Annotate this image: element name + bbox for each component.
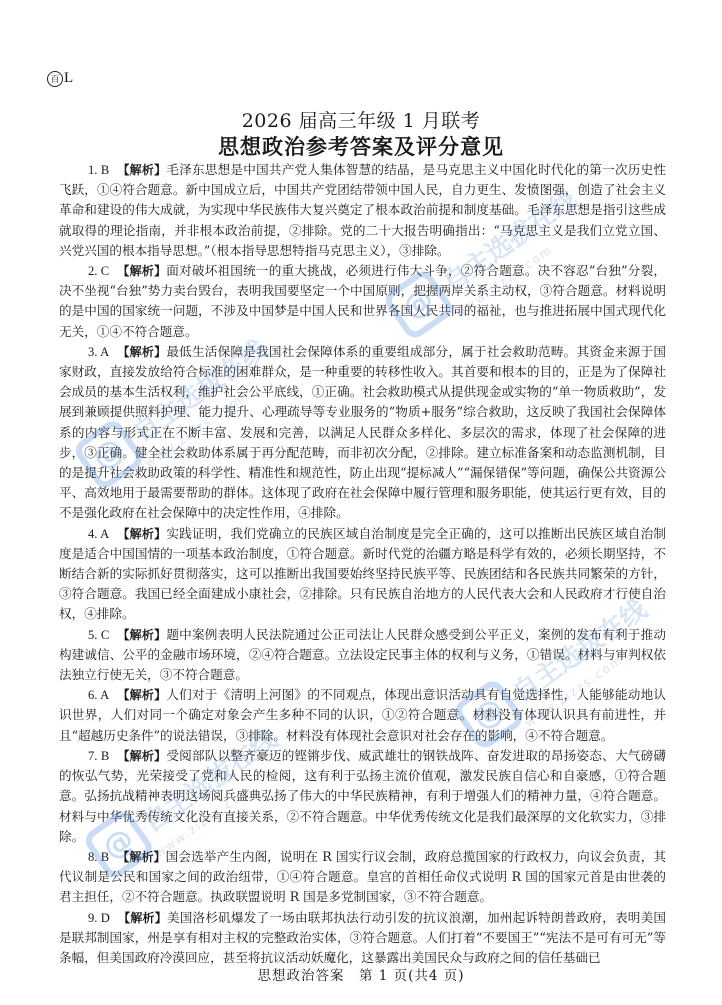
question-number: 2. C	[88, 264, 109, 278]
answer-item: 6. A【解析】人们对于《清明上河图》的不同观点，体现出意识活动具有自觉选择性，…	[59, 685, 666, 746]
exam-title: 2026 届高三年级 1 月联考	[0, 106, 722, 133]
answer-item: 4. A【解析】实践证明，我们党确立的民族区域自治制度是完全正确的，这可以推断出…	[59, 524, 666, 625]
analysis-tag: 【解析】	[117, 850, 166, 864]
answer-item: 1. B【解析】毛泽东思想是中国共产党人集体智慧的结晶，是马克思主义中国化时代化…	[59, 160, 666, 261]
answer-item: 7. B【解析】受阅部队以整齐豪迈的铿锵步伐、威武雄壮的钢铁战阵、奋发进取的昂扬…	[59, 746, 666, 847]
analysis-tag: 【解析】	[117, 264, 166, 278]
question-number: 3. A	[88, 345, 109, 359]
analysis-tag: 【解析】	[117, 345, 166, 359]
answer-item: 2. C【解析】面对破坏祖国统一的重大挑战，必须进行伟大斗争，②符合题意。决不容…	[59, 261, 666, 342]
answer-text: 最低生活保障是我国社会保障体系的重要组成部分，属于社会救助范畴。其资金来源于国家…	[59, 344, 666, 521]
document-title: 思想政治参考答案及评分意见	[0, 131, 722, 161]
answer-item: 9. D【解析】美国洛杉矶爆发了一场由联邦执法行动引发的抗议浪潮，加州起诉特朗普…	[59, 908, 666, 969]
analysis-tag: 【解析】	[117, 527, 166, 541]
page-footer: 思想政治答案 第 1 页(共4 页)	[0, 964, 722, 984]
question-number: 4. A	[88, 527, 109, 541]
corner-mark: 百 L	[47, 70, 73, 87]
question-number: 6. A	[88, 688, 109, 702]
analysis-tag: 【解析】	[117, 688, 166, 702]
answer-item: 5. C【解析】题中案例表明人民法院通过公正司法让人民群众感受到公平正义，案例的…	[59, 625, 666, 686]
question-number: 8. B	[88, 850, 109, 864]
circled-char-icon: 百	[47, 71, 63, 87]
question-number: 9. D	[88, 911, 110, 925]
question-number: 5. C	[88, 628, 109, 642]
analysis-tag: 【解析】	[117, 628, 166, 642]
question-number: 1. B	[88, 163, 109, 177]
question-number: 7. B	[88, 749, 109, 763]
analysis-tag: 【解析】	[118, 911, 167, 925]
answer-content: 1. B【解析】毛泽东思想是中国共产党人集体智慧的结晶，是马克思主义中国化时代化…	[59, 160, 666, 968]
corner-letter: L	[64, 70, 73, 87]
analysis-tag: 【解析】	[117, 749, 166, 763]
answer-item: 8. B【解析】国会选举产生内阁，说明在 R 国实行议会制，政府总揽国家的行政权…	[59, 847, 666, 908]
answer-item: 3. A【解析】最低生活保障是我国社会保障体系的重要组成部分，属于社会救助范畴。…	[59, 342, 666, 524]
analysis-tag: 【解析】	[117, 163, 166, 177]
